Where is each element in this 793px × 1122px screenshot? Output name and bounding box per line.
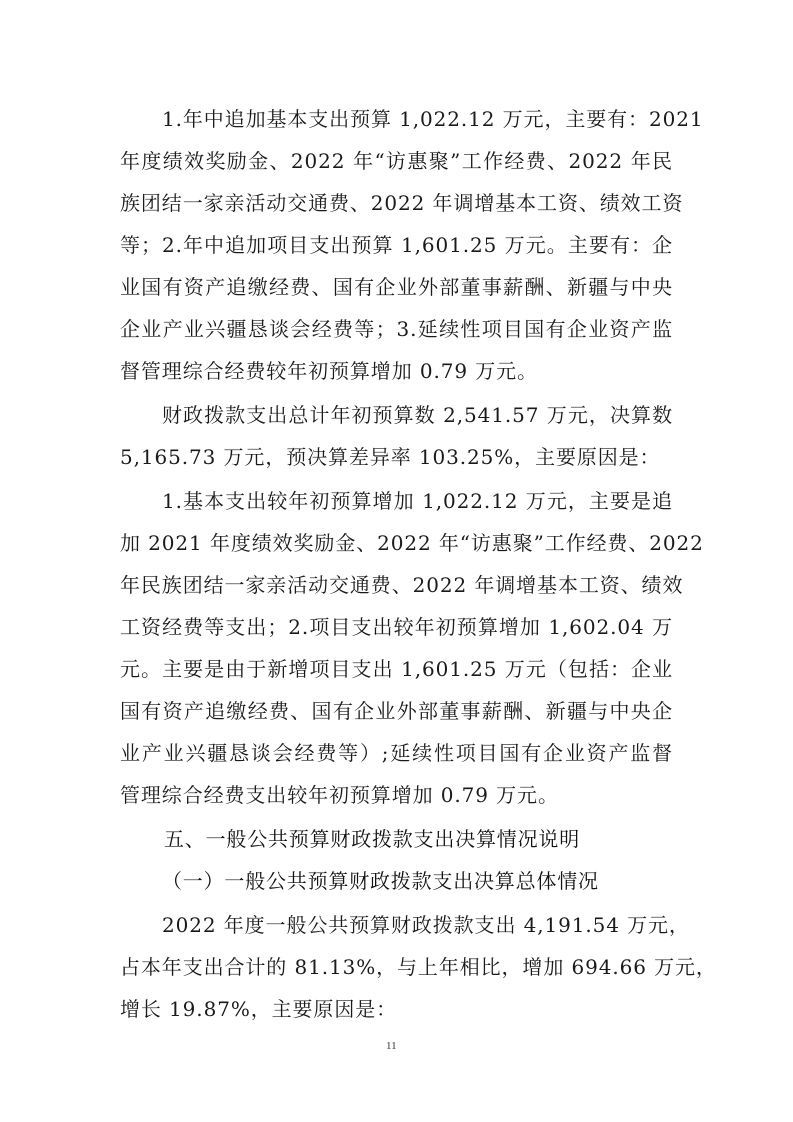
paragraph-line: 加 2021 年度绩效奖励金、2022 年“访惠聚”工作经费、2022	[120, 530, 673, 556]
paragraph-line: 元。主要是由于新增项目支出 1,601.25 万元（包括：企业	[120, 656, 673, 682]
paragraph-line: 2022 年度一般公共预算财政拨款支出 4,191.54 万元，	[162, 912, 673, 938]
paragraph-line: 业产业兴疆恳谈会经费等）;延续性项目国有企业资产监督	[120, 740, 673, 766]
paragraph-line: 等；2.年中追加项目支出预算 1,601.25 万元。主要有：企	[120, 232, 673, 258]
section-heading: 五、一般公共预算财政拨款支出决算情况说明	[164, 826, 580, 852]
paragraph-line: 占本年支出合计的 81.13%，与上年相比，增加 694.66 万元，	[120, 954, 673, 980]
paragraph-line: 国有资产追缴经费、国有企业外部董事薪酬、新疆与中央企	[120, 698, 673, 724]
paragraph-line: 业国有资产追缴经费、国有企业外部董事薪酬、新疆与中央	[120, 274, 673, 300]
paragraph-line: 财政拨款支出总计年初预算数 2,541.57 万元，决算数	[162, 402, 673, 428]
paragraph-line: 管理综合经费支出较年初预算增加 0.79 万元。	[120, 782, 673, 808]
document-page: 1.年中追加基本支出预算 1,022.12 万元，主要有：2021 年度绩效奖励…	[0, 0, 793, 1122]
paragraph-line: 工资经费等支出；2.项目支出较年初预算增加 1,602.04 万	[120, 614, 673, 640]
paragraph-line: 年度绩效奖励金、2022 年“访惠聚”工作经费、2022 年民	[120, 148, 673, 174]
paragraph-line: 企业产业兴疆恳谈会经费等；3.延续性项目国有企业资产监	[120, 316, 673, 342]
paragraph-line: 增长 19.87%，主要原因是：	[120, 996, 673, 1022]
paragraph-line: 年民族团结一家亲活动交通费、2022 年调增基本工资、绩效	[120, 572, 673, 598]
paragraph-line: 族团结一家亲活动交通费、2022 年调增基本工资、绩效工资	[120, 190, 673, 216]
paragraph-line: 1.年中追加基本支出预算 1,022.12 万元，主要有：2021	[162, 106, 673, 132]
page-number: 11	[386, 1040, 397, 1052]
paragraph-line: 5,165.73 万元，预决算差异率 103.25%，主要原因是：	[120, 444, 673, 470]
paragraph-line: 督管理综合经费较年初预算增加 0.79 万元。	[120, 358, 673, 384]
subsection-heading: （一）一般公共预算财政拨款支出决算总体情况	[162, 868, 599, 894]
paragraph-line: 1.基本支出较年初预算增加 1,022.12 万元，主要是追	[162, 488, 673, 514]
